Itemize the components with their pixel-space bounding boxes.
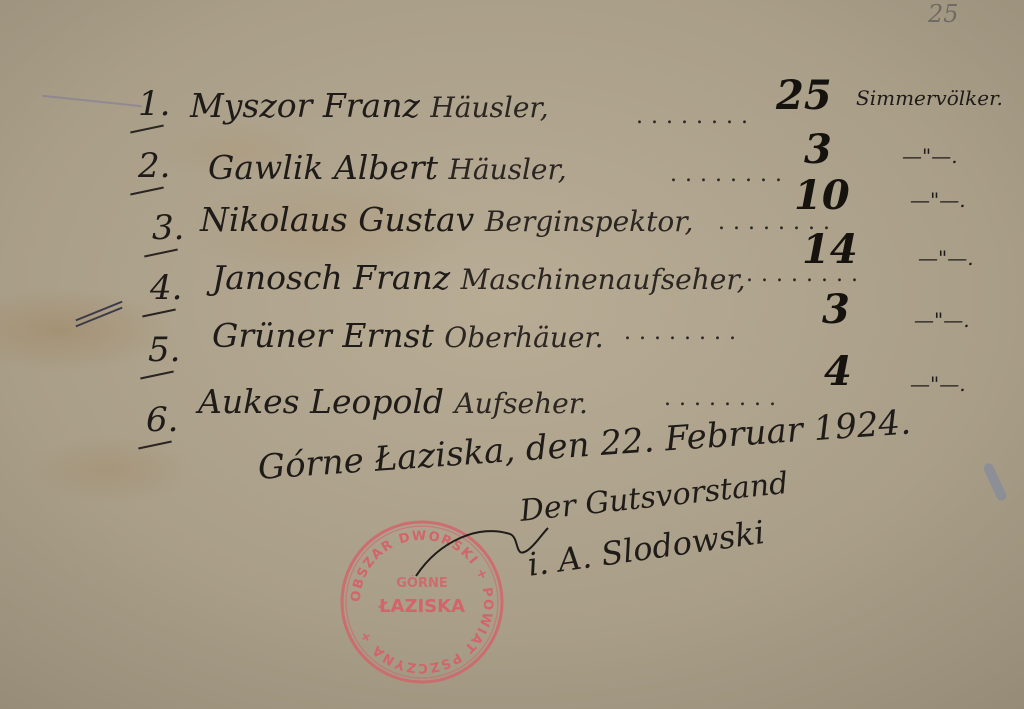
entry-count: 3 xyxy=(804,126,832,173)
blue-ink-smudge xyxy=(982,462,1008,502)
entry-count: 10 xyxy=(794,172,850,219)
stamp-center-line-2: ŁAZISKA xyxy=(338,596,506,617)
leader-dots: ........ xyxy=(624,320,744,345)
entry-occupation: Häusler, xyxy=(430,91,548,124)
entry-occupation: Maschinenaufseher, xyxy=(461,263,746,296)
entry-name: Gawlik Albert xyxy=(208,148,438,187)
entry-row: Gawlik Albert Häusler, xyxy=(208,148,567,187)
entry-name: Aukes Leopold xyxy=(198,382,444,421)
entry-count: 4 xyxy=(824,348,852,395)
entry-name: Nikolaus Gustav xyxy=(200,200,474,239)
margin-double-stroke-mark xyxy=(74,308,124,322)
entry-occupation: Oberhäuer. xyxy=(444,321,603,354)
entry-unit: Simmervölker. xyxy=(856,86,1003,110)
document-page: 25 1. Myszor Franz Häusler, ........ 25 … xyxy=(0,0,1024,709)
entry-row: Janosch Franz Maschinenaufseher, xyxy=(212,258,746,297)
entry-number: 1. xyxy=(138,84,170,124)
entry-name: Janosch Franz xyxy=(212,258,450,297)
leader-dots: ........ xyxy=(636,104,756,129)
entry-occupation: Berginspektor, xyxy=(485,205,694,238)
entry-row: Myszor Franz Häusler, xyxy=(190,86,549,125)
entry-count: 25 xyxy=(776,72,832,119)
entry-unit: —"—. xyxy=(910,372,966,396)
page-number: 25 xyxy=(928,0,959,28)
entry-unit: —"—. xyxy=(910,188,966,212)
entry-number: 5. xyxy=(148,330,180,370)
leader-dots: ........ xyxy=(664,386,784,411)
entry-number: 4. xyxy=(150,268,182,308)
entry-count: 3 xyxy=(822,286,850,333)
entry-row: Aukes Leopold Aufseher. xyxy=(198,382,588,421)
entry-occupation: Aufseher. xyxy=(455,387,588,420)
entry-unit: —"—. xyxy=(902,144,958,168)
entry-occupation: Häusler, xyxy=(448,153,566,186)
entry-row: Grüner Ernst Oberhäuer. xyxy=(212,316,604,355)
margin-pencil-line xyxy=(42,95,142,107)
entry-number: 3. xyxy=(152,208,184,248)
leader-dots: ........ xyxy=(670,162,790,187)
entry-unit: —"—. xyxy=(918,246,974,270)
entry-count: 14 xyxy=(802,226,858,273)
entry-number: 6. xyxy=(146,400,178,440)
signature-flourish-icon xyxy=(410,520,550,590)
entry-unit: —"—. xyxy=(914,308,970,332)
entry-name: Myszor Franz xyxy=(190,86,420,125)
entry-number: 2. xyxy=(138,146,170,186)
entry-row: Nikolaus Gustav Berginspektor, xyxy=(200,200,693,239)
entry-name: Grüner Ernst xyxy=(212,316,434,355)
